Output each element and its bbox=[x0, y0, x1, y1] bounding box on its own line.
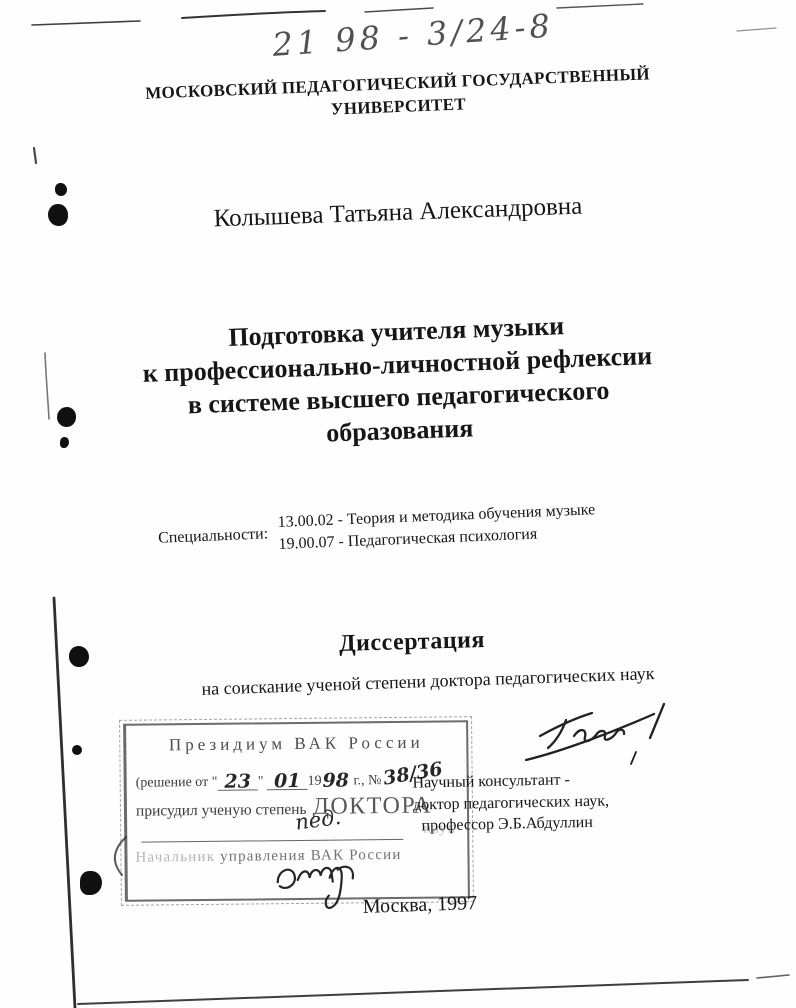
consultant-block: Научный консультант - доктор педагогичес… bbox=[412, 767, 663, 837]
specialties-block: Специальности: 13.00.02 - Теория и метод… bbox=[157, 499, 596, 561]
margin-ink-dot bbox=[80, 871, 102, 895]
scanned-dissertation-title-page: 21 98 - 3/24-8 МОСКОВСКИЙ ПЕДАГОГИЧЕСКИЙ… bbox=[0, 0, 796, 1008]
margin-ink-dot bbox=[55, 183, 67, 196]
consultant-line: профессор Э.Б.Абдуллин bbox=[413, 810, 663, 837]
stamp-decision-prefix: (решение от " bbox=[136, 775, 218, 791]
stamp-after-day: " bbox=[258, 774, 264, 789]
stamp-year-printed: 19 bbox=[307, 774, 321, 789]
stamp-number-label: г., № bbox=[350, 773, 382, 788]
catalog-number-handwriting: 21 98 - 3/24-8 bbox=[271, 0, 673, 64]
stamp-day-handwritten: 23 bbox=[217, 774, 258, 790]
specialties-label: Специальности: bbox=[158, 525, 269, 547]
stamp-organization: Президиум ВАК России bbox=[126, 732, 466, 756]
stamp-month-handwritten: 01 bbox=[267, 774, 308, 790]
stray-pen-mark bbox=[102, 834, 132, 878]
dissertation-title: Подготовка учителя музыки к профессионал… bbox=[16, 302, 780, 460]
document-type-label: Диссертация bbox=[32, 618, 792, 666]
author-name: Колышева Татьяна Александровна bbox=[58, 187, 739, 239]
stamp-official-word1: Начальник bbox=[135, 849, 215, 866]
stamp-awarded-text: присудил ученую степень bbox=[136, 801, 307, 820]
stamp-year-handwritten: 98 bbox=[321, 773, 350, 788]
stamp-fill-line bbox=[141, 839, 403, 843]
author-signature-handwriting bbox=[518, 696, 703, 774]
university-name: МОСКОВСКИЙ ПЕДАГОГИЧЕСКИЙ ГОСУДАРСТВЕННЫ… bbox=[57, 59, 738, 131]
margin-ink-dot bbox=[72, 745, 82, 755]
stamp-degree-field-handwritten: пед. bbox=[294, 805, 343, 835]
